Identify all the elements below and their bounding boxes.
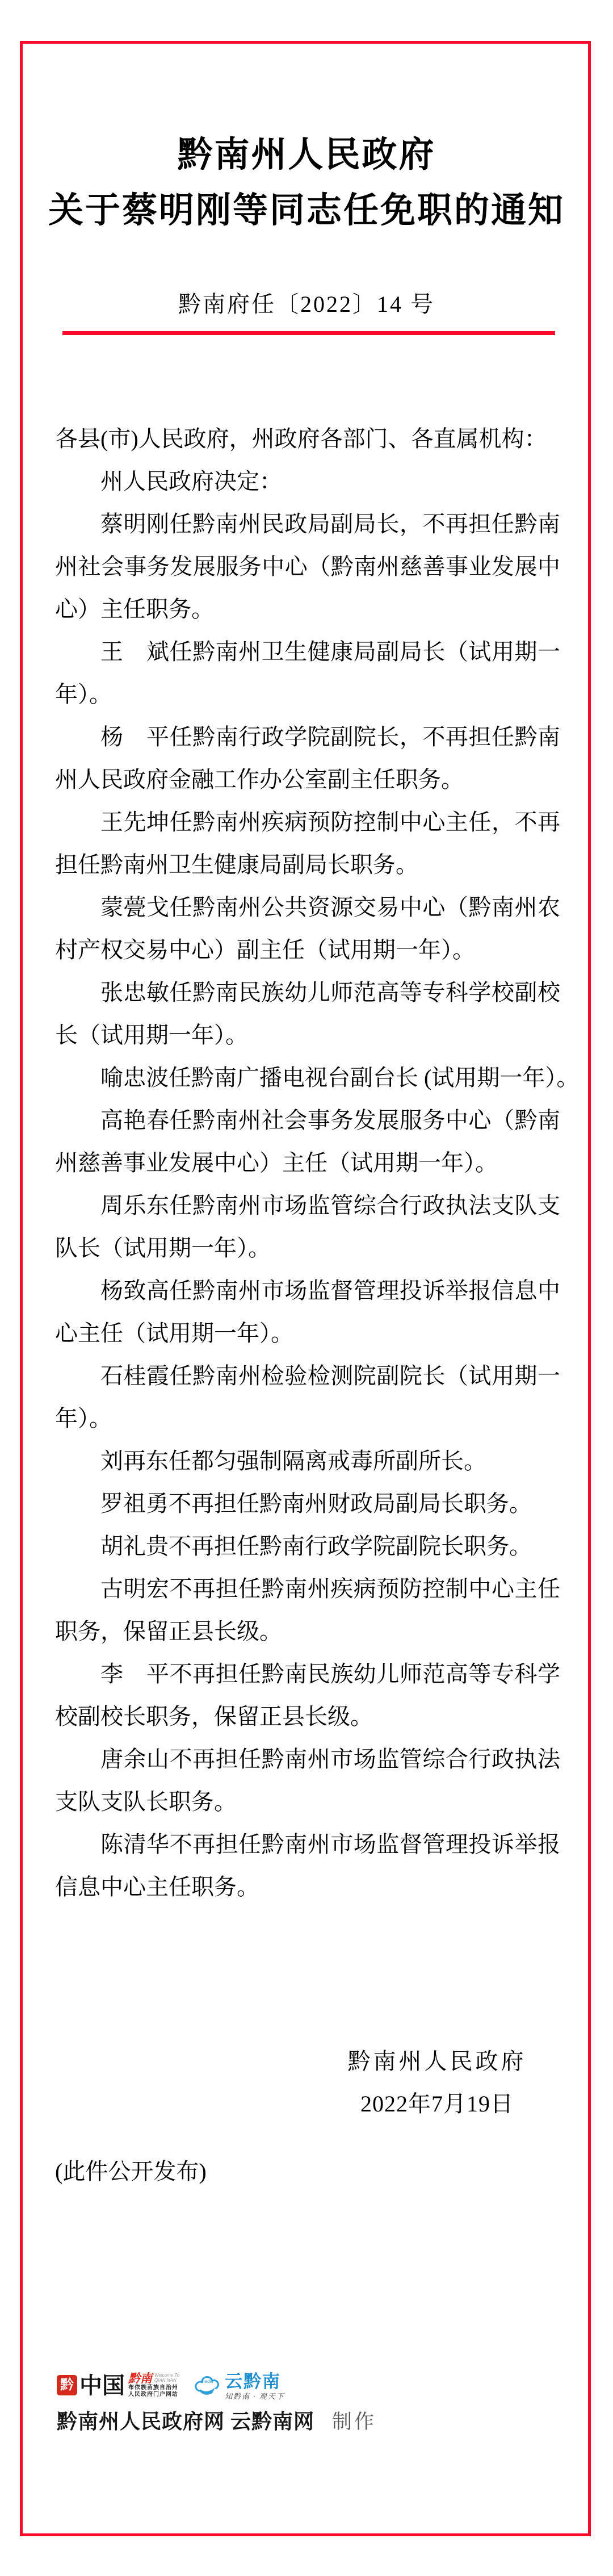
gov-portal-logo: 黔 中国 黔南 Welcome To QIAN NAN 布依族苗族自治州 人民政… — [57, 2373, 179, 2400]
gov-logo-cn-text: 中国 — [79, 2373, 125, 2399]
welcome-line2: QIAN NAN — [154, 2378, 177, 2383]
gov-logo-subline2: 人民政府门户网站 — [128, 2391, 179, 2398]
cloud-logo-name: 云黔南 — [225, 2373, 285, 2390]
gov-seal-icon: 黔 — [57, 2375, 77, 2395]
cloud-logo-slogan: 知黔南 · 观天下 — [225, 2393, 285, 2401]
footer-credit: 黔南州人民政府网 云黔南网 制作 — [57, 2408, 376, 2436]
welcome-line1: Welcome To — [154, 2373, 179, 2378]
appointment-paragraph: 蔡明刚任黔南州民政局副局长，不再担任黔南州社会事务发展服务中心（黔南州慈善事业发… — [55, 503, 560, 630]
appointment-paragraph: 古明宏不再担任黔南州疾病预防控制中心主任职务，保留正县长级。 — [55, 1567, 560, 1653]
appointment-paragraph: 陈清华不再担任黔南州市场监督管理投诉举报信息中心主任职务。 — [55, 1823, 560, 1908]
credit-sites: 黔南州人民政府网 云黔南网 — [57, 2410, 314, 2433]
signature-issuer: 黔南州人民政府 — [341, 2040, 534, 2082]
footer-logos: 黔 中国 黔南 Welcome To QIAN NAN 布依族苗族自治州 人民政… — [57, 2373, 285, 2401]
gov-logo-welcome-text: Welcome To QIAN NAN — [154, 2373, 179, 2383]
cloud-qiannan-logo: media 云黔南 知黔南 · 观天下 — [194, 2373, 285, 2401]
appointment-paragraph: 周乐东任黔南州市场监管综合行政执法支队支队长（试用期一年）。 — [55, 1184, 560, 1269]
document-body: 各县(市)人民政府，州政府各部门、各直属机构： 州人民政府决定： 蔡明刚任黔南州… — [55, 417, 560, 1908]
cloud-media-icon: media — [194, 2374, 221, 2401]
gov-logo-right: 黔南 Welcome To QIAN NAN 布依族苗族自治州 人民政府门户网站 — [128, 2373, 179, 2398]
appointment-paragraph: 王先坤任黔南州疾病预防控制中心主任，不再担任黔南州卫生健康局副局长职务。 — [55, 801, 560, 886]
appointments-list: 蔡明刚任黔南州民政局副局长，不再担任黔南州社会事务发展服务中心（黔南州慈善事业发… — [55, 503, 560, 1908]
salutation: 各县(市)人民政府，州政府各部门、各直属机构： — [55, 417, 560, 460]
red-divider-line — [62, 331, 555, 335]
gov-logo-subline1: 布依族苗族自治州 — [128, 2385, 179, 2391]
gov-logo-right-top: 黔南 Welcome To QIAN NAN — [128, 2373, 179, 2385]
appointment-paragraph: 罗祖勇不再担任黔南州财政局副局长职务。 — [55, 1482, 560, 1525]
svg-text:media: media — [201, 2379, 213, 2384]
doc-number: 黔南府任〔2022〕14 号 — [0, 292, 613, 317]
cloud-logo-text: 云黔南 知黔南 · 观天下 — [225, 2373, 285, 2401]
publish-note: (此件公开发布) — [55, 2150, 207, 2193]
appointment-paragraph: 胡礼贵不再担任黔南行政学院副院长职务。 — [55, 1525, 560, 1567]
appointment-paragraph: 杨 平任黔南行政学院副院长，不再担任黔南州人民政府金融工作办公室副主任职务。 — [55, 716, 560, 801]
credit-suffix: 制作 — [332, 2411, 376, 2433]
appointment-paragraph: 喻忠波任黔南广播电视台副台长 (试用期一年）。 — [55, 1056, 560, 1099]
appointment-paragraph: 石桂霞任黔南州检验检测院副院长（试用期一年）。 — [55, 1354, 560, 1440]
issuer-title: 黔南州人民政府 — [0, 137, 613, 173]
official-notice-page: 黔南州人民政府 关于蔡明刚等同志任免职的通知 黔南府任〔2022〕14 号 各县… — [0, 0, 613, 2576]
signature-date: 2022年7月19日 — [341, 2082, 534, 2125]
appointment-paragraph: 蒙甍戈任黔南州公共资源交易中心（黔南州农村产权交易中心）副主任（试用期一年）。 — [55, 886, 560, 971]
appointment-paragraph: 高艳春任黔南州社会事务发展服务中心（黔南州慈善事业发展中心）主任（试用期一年）。 — [55, 1099, 560, 1184]
decision-intro: 州人民政府决定： — [55, 460, 560, 503]
appointment-paragraph: 张忠敏任黔南民族幼儿师范高等专科学校副校长（试用期一年）。 — [55, 971, 560, 1056]
appointment-paragraph: 杨致高任黔南州市场监督管理投诉举报信息中心主任（试用期一年）。 — [55, 1269, 560, 1354]
appointment-paragraph: 唐余山不再担任黔南州市场监管综合行政执法支队支队长职务。 — [55, 1738, 560, 1823]
notice-title: 关于蔡明刚等同志任免职的通知 — [0, 193, 613, 228]
gov-logo-qiannan-text: 黔南 — [128, 2373, 152, 2385]
appointment-paragraph: 王 斌任黔南州卫生健康局副局长（试用期一年）。 — [55, 630, 560, 716]
signature-block: 黔南州人民政府 2022年7月19日 — [341, 2040, 534, 2125]
appointment-paragraph: 刘再东任都匀强制隔离戒毒所副所长。 — [55, 1440, 560, 1482]
appointment-paragraph: 李 平不再担任黔南民族幼儿师范高等专科学校副校长职务，保留正县长级。 — [55, 1653, 560, 1738]
